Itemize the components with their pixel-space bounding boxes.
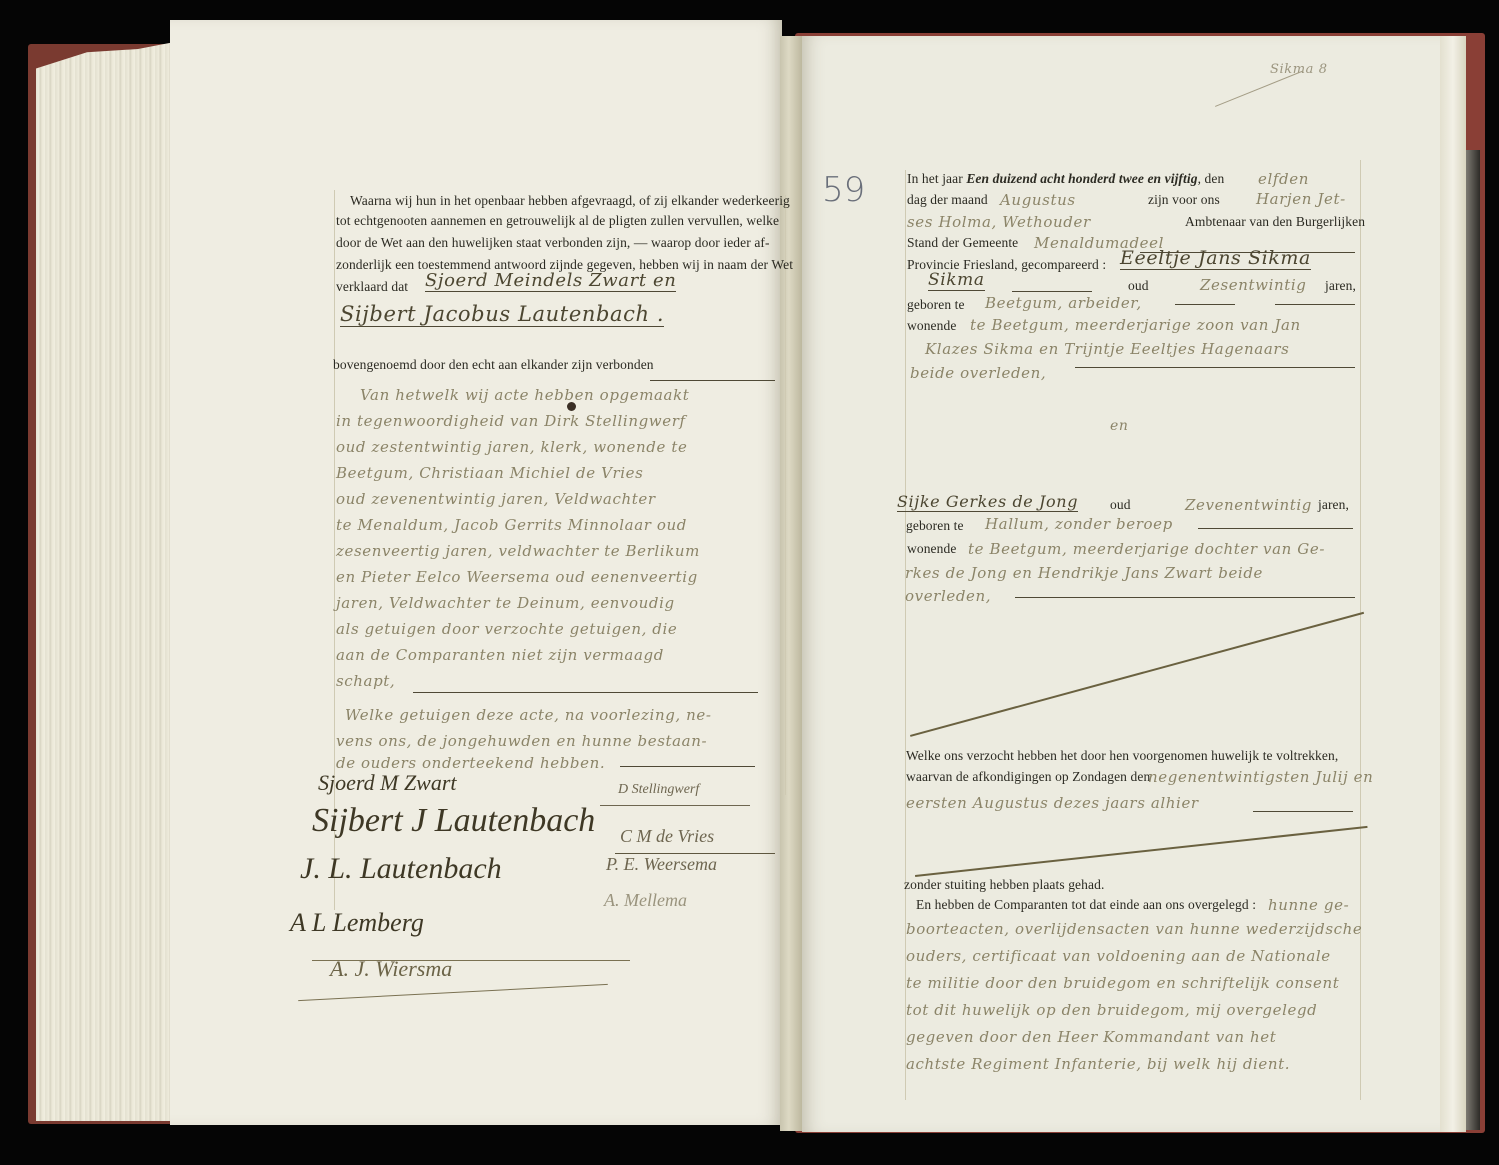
ink-blot [567, 402, 576, 411]
signature-flourish [312, 960, 630, 961]
witness-line: oud zestentwintig jaren, klerk, wonende … [336, 438, 687, 456]
bride-names-hand: Sijbert Jacobus Lautenbach . [340, 302, 664, 327]
bride-name-hand: Sijke Gerkes de Jong [897, 492, 1078, 512]
year-text: Een duizend acht honderd twee en vijftig [966, 171, 1197, 186]
fill-rule [1012, 291, 1092, 292]
printed-label: Ambtenaar van den Burgerlijken [1185, 209, 1365, 236]
day-hand: elfden [1258, 170, 1309, 188]
bride-residence-hand: te Beetgum, meerderjarige dochter van Ge… [968, 540, 1325, 558]
witness-line: en Pieter Eelco Weersema oud eenenveerti… [336, 568, 698, 586]
witness-line: jaren, Veldwachter te Deinum, eenvoudig [336, 594, 675, 612]
right-page [802, 36, 1442, 1132]
printed-line: waarvan de afkondigingen op Zondagen den [906, 764, 1150, 791]
documents-hand: tot dit huwelijk op den bruidegom, mij o… [906, 1001, 1317, 1019]
groom-birthplace-hand: Beetgum, arbeider, [985, 294, 1142, 312]
documents-hand: te militie door den bruidegom en schrift… [906, 974, 1339, 992]
month-hand: Augustus [1000, 191, 1076, 209]
witness-line: Van hetwelk wij acte hebben opgemaakt [360, 386, 689, 404]
left-text-border [785, 195, 786, 795]
witness-line: in tegenwoordigheid van Dirk Stellingwer… [336, 412, 686, 430]
witness-line: schapt, [336, 672, 395, 690]
fill-rule [1015, 597, 1355, 598]
documents-hand: hunne ge- [1268, 896, 1349, 914]
printed-label: wonende [907, 536, 956, 563]
official-name-hand: ses Holma, Wethouder [907, 213, 1091, 231]
right-text-border [1360, 160, 1361, 1100]
record-number: 59 [822, 170, 865, 210]
fill-rule [413, 692, 758, 693]
printed-label: dag der maand [907, 187, 988, 214]
label: In het jaar [907, 171, 963, 186]
fill-rule [1253, 811, 1353, 812]
witness-line: oud zevenentwintig jaren, Veldwachter [336, 490, 656, 508]
witness-line: Beetgum, Christiaan Michiel de Vries [336, 464, 643, 482]
witness-line: zesenveertig jaren, veldwachter te Berli… [336, 542, 700, 560]
groom-residence-hand: te Beetgum, meerderjarige zoon van Jan [970, 316, 1301, 334]
groom-surname-hand: Sikma [928, 270, 985, 291]
fill-rule [1175, 304, 1235, 305]
documents-hand: boorteacten, overlijdensacten van hunne … [906, 920, 1362, 938]
bride-parents-hand: rkes de Jong en Hendrikje Jans Zwart bei… [905, 564, 1263, 582]
closing-line: vens ons, de jongehuwden en hunne bestaa… [336, 732, 707, 750]
groom-age-hand: Zesentwintig [1200, 276, 1307, 294]
fill-rule [1075, 367, 1355, 368]
witness-line: te Menaldum, Jacob Gerrits Minnolaar oud [336, 516, 687, 534]
printed-label: jaren, [1325, 273, 1356, 300]
separator-en: en [1110, 418, 1129, 434]
fill-rule [1275, 304, 1355, 305]
signature-witness: A. Mellema [604, 890, 687, 911]
printed-line: En hebben de Comparanten tot dat einde a… [916, 892, 1256, 919]
fill-rule [1198, 528, 1353, 529]
bride-parents-status-hand: overleden, [905, 587, 991, 605]
witness-line: als getuigen door verzochte getuigen, di… [336, 620, 677, 638]
signature-flourish [600, 805, 750, 806]
groom-name-hand: Eeeltje Jans Sikma [1120, 247, 1311, 270]
proclamation-dates-hand: eersten Augustus dezes jaars alhier [906, 794, 1199, 812]
proclamation-dates-hand: negenentwintigsten Julij en [1148, 768, 1373, 786]
closing-line: Welke getuigen deze acte, na voorlezing,… [345, 706, 712, 724]
signature-witness: P. E. Weersema [606, 854, 717, 875]
official-name-hand: Harjen Jet- [1256, 190, 1346, 208]
groom-parents-status-hand: beide overleden, [910, 364, 1046, 382]
signature-witness: C M de Vries [620, 826, 714, 847]
right-page-edges [1440, 36, 1466, 1132]
printed-label: wonende [907, 313, 956, 340]
groom-parents-hand: Klazes Sikma en Trijntje Eeeltjes Hagena… [925, 340, 1289, 358]
fill-rule [620, 766, 755, 767]
documents-hand: ouders, certificaat van voldoening aan d… [906, 947, 1331, 965]
witness-line: aan de Comparanten niet zijn vermaagd [336, 646, 664, 664]
suffix: , den [1198, 171, 1225, 186]
printed-label: jaren, [1318, 492, 1349, 519]
corner-annotation: Sikma 8 [1270, 62, 1328, 77]
documents-hand: gegeven door den Heer Kommandant van het [906, 1028, 1276, 1046]
signature-bride: Sijbert J Lautenbach [312, 802, 595, 840]
groom-names-hand: Sjoerd Meindels Zwart en [425, 270, 676, 292]
documents-hand: achtste Regiment Infanterie, bij welk hi… [906, 1055, 1290, 1073]
bride-age-hand: Zevenentwintig [1185, 496, 1312, 514]
signature-parent: J. L. Lautenbach [300, 852, 502, 886]
signature-witness: D Stellingwerf [618, 782, 699, 798]
bride-birthplace-hand: Hallum, zonder beroep [985, 515, 1173, 533]
printed-line: verklaard dat [336, 274, 408, 301]
scan-shadow [1466, 150, 1480, 1130]
printed-line: bovengenoemd door den echt aan elkander … [333, 352, 654, 379]
fill-rule [650, 380, 775, 381]
signature-groom: Sjoerd M Zwart [318, 770, 457, 796]
signature-parent: A L Lemberg [290, 908, 424, 938]
